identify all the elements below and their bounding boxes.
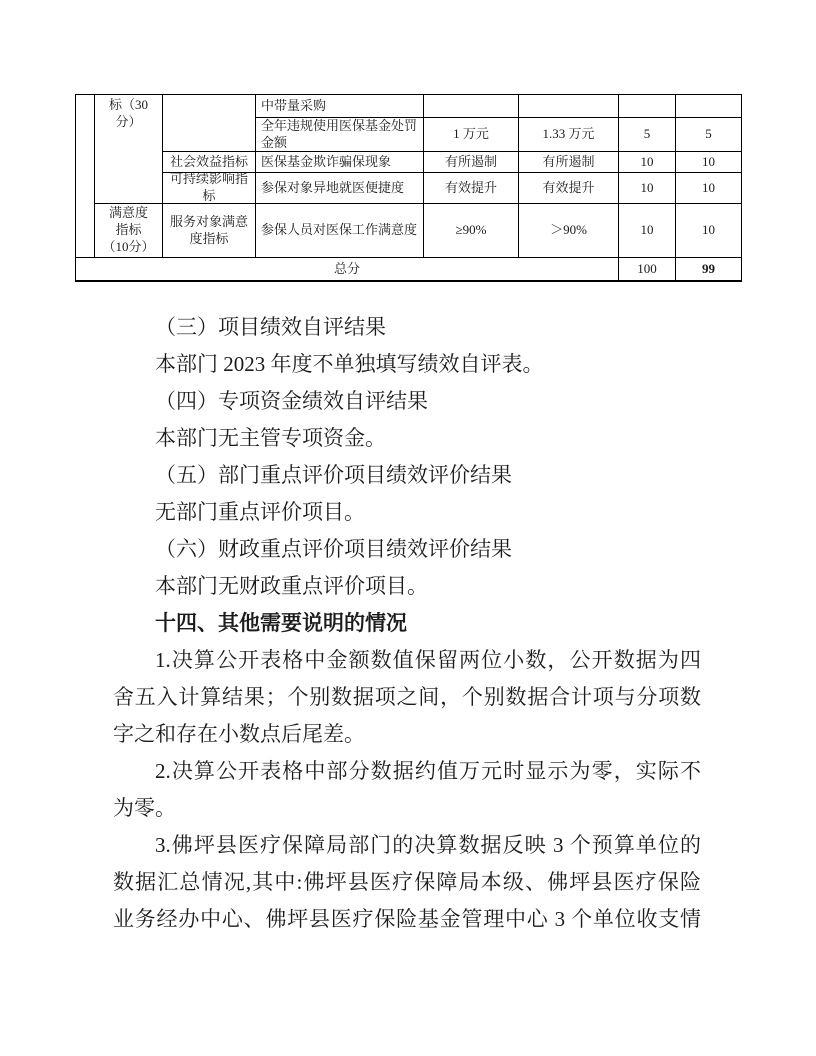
cell-r3-score: 10 bbox=[676, 152, 741, 173]
section-heading-3: （三）项目绩效自评结果 bbox=[113, 309, 701, 346]
cell-r2-actual: 1.33 万元 bbox=[519, 118, 619, 152]
cell-r2-points: 5 bbox=[619, 118, 676, 152]
cell-r2-score: 5 bbox=[676, 118, 741, 152]
note-1-line-2: 舍五入计算结果；个别数据项之间，个别数据合计项与分项数 bbox=[113, 679, 701, 716]
cell-service-satisfaction-indicator: 服务对象满意 度指标 bbox=[163, 204, 256, 258]
note-3-line-3: 业务经办中心、佛坪县医疗保险基金管理中心 3 个单位收支情 bbox=[113, 901, 701, 938]
cell-satisfaction-group: 满意度 指标 （10分） bbox=[95, 204, 163, 258]
cell-r3-target: 有所遏制 bbox=[424, 152, 519, 173]
body-text: （三）项目绩效自评结果 本部门 2023 年度不单独填写绩效自评表。 （四）专项… bbox=[113, 309, 701, 938]
cell-r5-name: 参保人员对医保工作满意度 bbox=[256, 204, 424, 258]
note-1-line-3: 字之和存在小数点后尾差。 bbox=[113, 716, 701, 753]
section-6-body: 本部门无财政重点评价项目。 bbox=[113, 568, 701, 605]
cell-r4-name: 参保对象异地就医便捷度 bbox=[256, 173, 424, 204]
cell-r5-target: ≥90% bbox=[424, 204, 519, 258]
chapter-heading-14: 十四、其他需要说明的情况 bbox=[113, 605, 701, 642]
cell-r3-points: 10 bbox=[619, 152, 676, 173]
cell-r4-target: 有效提升 bbox=[424, 173, 519, 204]
cell-total-label: 总分 bbox=[76, 258, 619, 280]
cell-r5-points: 10 bbox=[619, 204, 676, 258]
cell-r3-name: 医保基金欺诈骗保现象 bbox=[256, 152, 424, 173]
note-3-line-2: 数据汇总情况,其中:佛坪县医疗保障局本级、佛坪县医疗保险 bbox=[113, 864, 701, 901]
cell-indicator-group-partial: 标（30 分） bbox=[95, 95, 163, 204]
section-3-body: 本部门 2023 年度不单独填写绩效自评表。 bbox=[113, 346, 701, 383]
cell-total-score: 99 bbox=[676, 258, 741, 280]
cell-r5-actual: ＞90% bbox=[519, 204, 619, 258]
note-2-line-1: 2.决算公开表格中部分数据约值万元时显示为零，实际不 bbox=[113, 753, 701, 790]
cell-r2-target: 1 万元 bbox=[424, 118, 519, 152]
cell-r4-points: 10 bbox=[619, 173, 676, 204]
cell-r1-score bbox=[676, 95, 741, 118]
cell-r1-target bbox=[424, 95, 519, 118]
cell-r1-points bbox=[619, 95, 676, 118]
cell-r1-name: 中带量采购 bbox=[256, 95, 424, 118]
section-heading-5: （五）部门重点评价项目绩效评价结果 bbox=[113, 457, 701, 494]
cell-sustainable-impact-indicator: 可持续影响指 标 bbox=[163, 173, 256, 204]
performance-score-table: 标（30 分） 满意度 指标 （10分） 社会效益指标 可持续影响指 标 服务对… bbox=[75, 94, 742, 282]
note-1-line-1: 1.决算公开表格中金额数值保留两位小数，公开数据为四 bbox=[113, 642, 701, 679]
cell-row-group-empty bbox=[76, 95, 95, 258]
cell-social-benefit-indicator: 社会效益指标 bbox=[163, 152, 256, 173]
section-heading-6: （六）财政重点评价项目绩效评价结果 bbox=[113, 531, 701, 568]
section-heading-4: （四）专项资金绩效自评结果 bbox=[113, 383, 701, 420]
cell-r1-actual bbox=[519, 95, 619, 118]
cell-r4-score: 10 bbox=[676, 173, 741, 204]
cell-r3-actual: 有所遏制 bbox=[519, 152, 619, 173]
cell-subindicator-empty bbox=[163, 95, 256, 152]
note-2-line-2: 为零。 bbox=[113, 790, 701, 827]
section-5-body: 无部门重点评价项目。 bbox=[113, 494, 701, 531]
cell-r2-name: 全年违规使用医保基金处罚 金额 bbox=[256, 118, 424, 152]
section-4-body: 本部门无主管专项资金。 bbox=[113, 420, 701, 457]
cell-r4-actual: 有效提升 bbox=[519, 173, 619, 204]
cell-r5-score: 10 bbox=[676, 204, 741, 258]
note-3-line-1: 3.佛坪县医疗保障局部门的决算数据反映 3 个预算单位的 bbox=[113, 827, 701, 864]
document-page: 标（30 分） 满意度 指标 （10分） 社会效益指标 可持续影响指 标 服务对… bbox=[0, 0, 816, 1056]
cell-total-points: 100 bbox=[619, 258, 676, 280]
